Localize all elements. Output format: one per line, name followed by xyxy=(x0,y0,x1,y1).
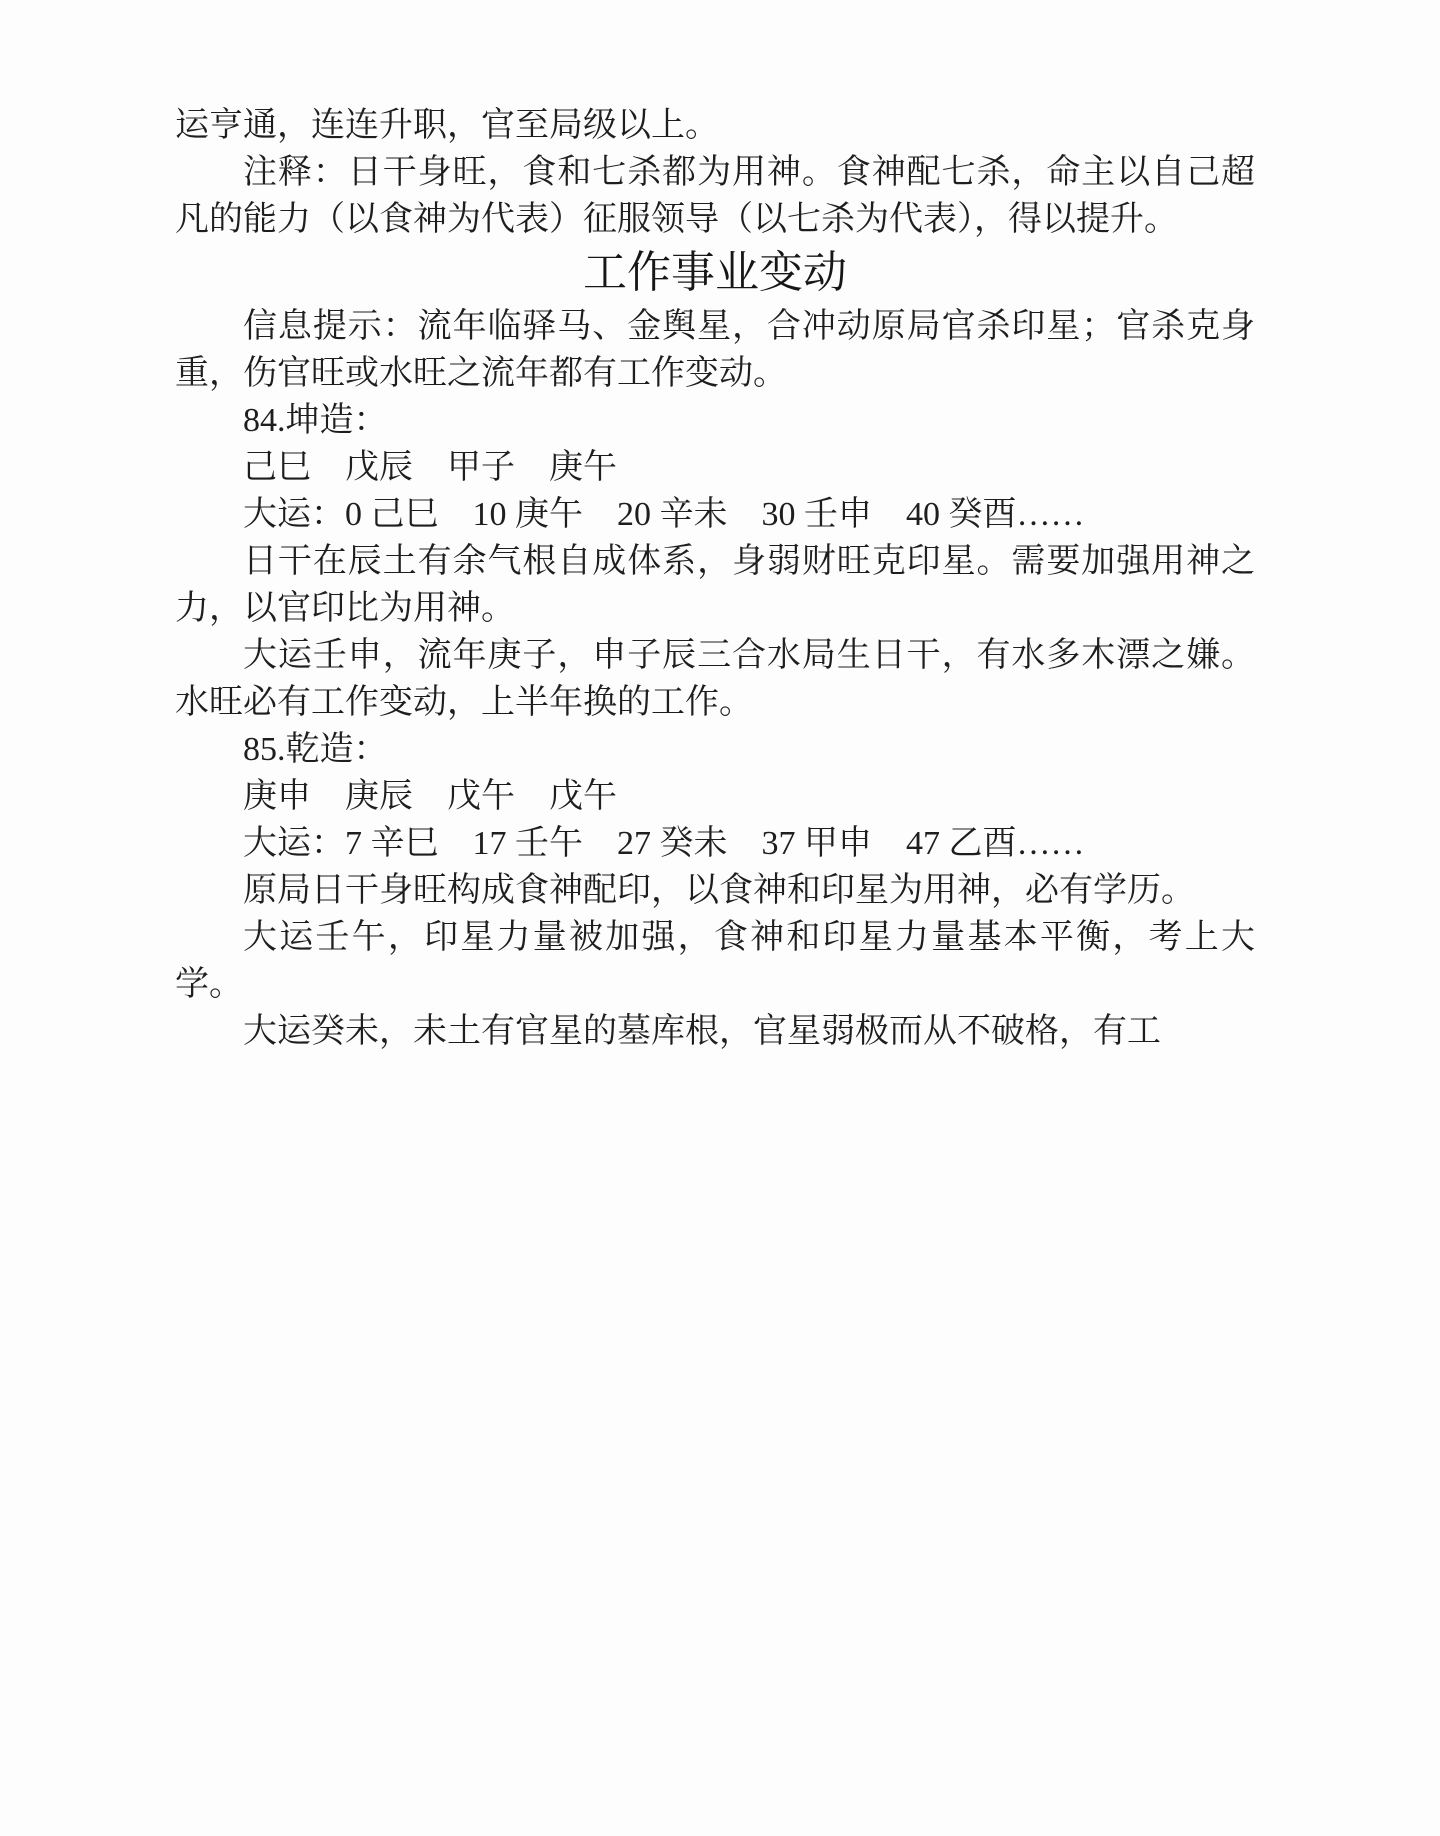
case-85-luck-cycles: 大运：7 辛巳 17 壬午 27 癸未 37 甲申 47 乙酉…… xyxy=(175,820,1255,867)
note-paragraph: 注释：日干身旺，食和七杀都为用神。食神配七杀，命主以自己超凡的能力（以食神为代表… xyxy=(175,149,1255,243)
case-85-analysis-2: 大运壬午，印星力量被加强，食神和印星力量基本平衡，考上大学。 xyxy=(175,914,1255,1008)
case-84-pillars: 己巳 戊辰 甲子 庚午 xyxy=(175,444,1255,491)
document-page: 运亨通，连连升职，官至局级以上。 注释：日干身旺，食和七杀都为用神。食神配七杀，… xyxy=(0,0,1440,1836)
case-85-analysis-3: 大运癸未，未土有官星的墓库根，官星弱极而从不破格，有工 xyxy=(175,1008,1255,1055)
case-84-label: 84.坤造： xyxy=(175,397,1255,444)
case-84-luck-cycles: 大运：0 己巳 10 庚午 20 辛未 30 壬申 40 癸酉…… xyxy=(175,491,1255,538)
case-85-analysis-1: 原局日干身旺构成食神配印，以食神和印星为用神，必有学历。 xyxy=(175,867,1255,914)
case-85-pillars: 庚申 庚辰 戊午 戊午 xyxy=(175,773,1255,820)
intro-tail-line: 运亨通，连连升职，官至局级以上。 xyxy=(175,102,1255,149)
info-tip-paragraph: 信息提示：流年临驿马、金舆星，合冲动原局官杀印星；官杀克身重，伤官旺或水旺之流年… xyxy=(175,303,1255,397)
case-84-analysis-2: 大运壬申，流年庚子，申子辰三合水局生日干，有水多木漂之嫌。水旺必有工作变动，上半… xyxy=(175,632,1255,726)
section-title: 工作事业变动 xyxy=(175,243,1255,303)
case-84-analysis-1: 日干在辰土有余气根自成体系，身弱财旺克印星。需要加强用神之力，以官印比为用神。 xyxy=(175,538,1255,632)
case-85-label: 85.乾造： xyxy=(175,726,1255,773)
